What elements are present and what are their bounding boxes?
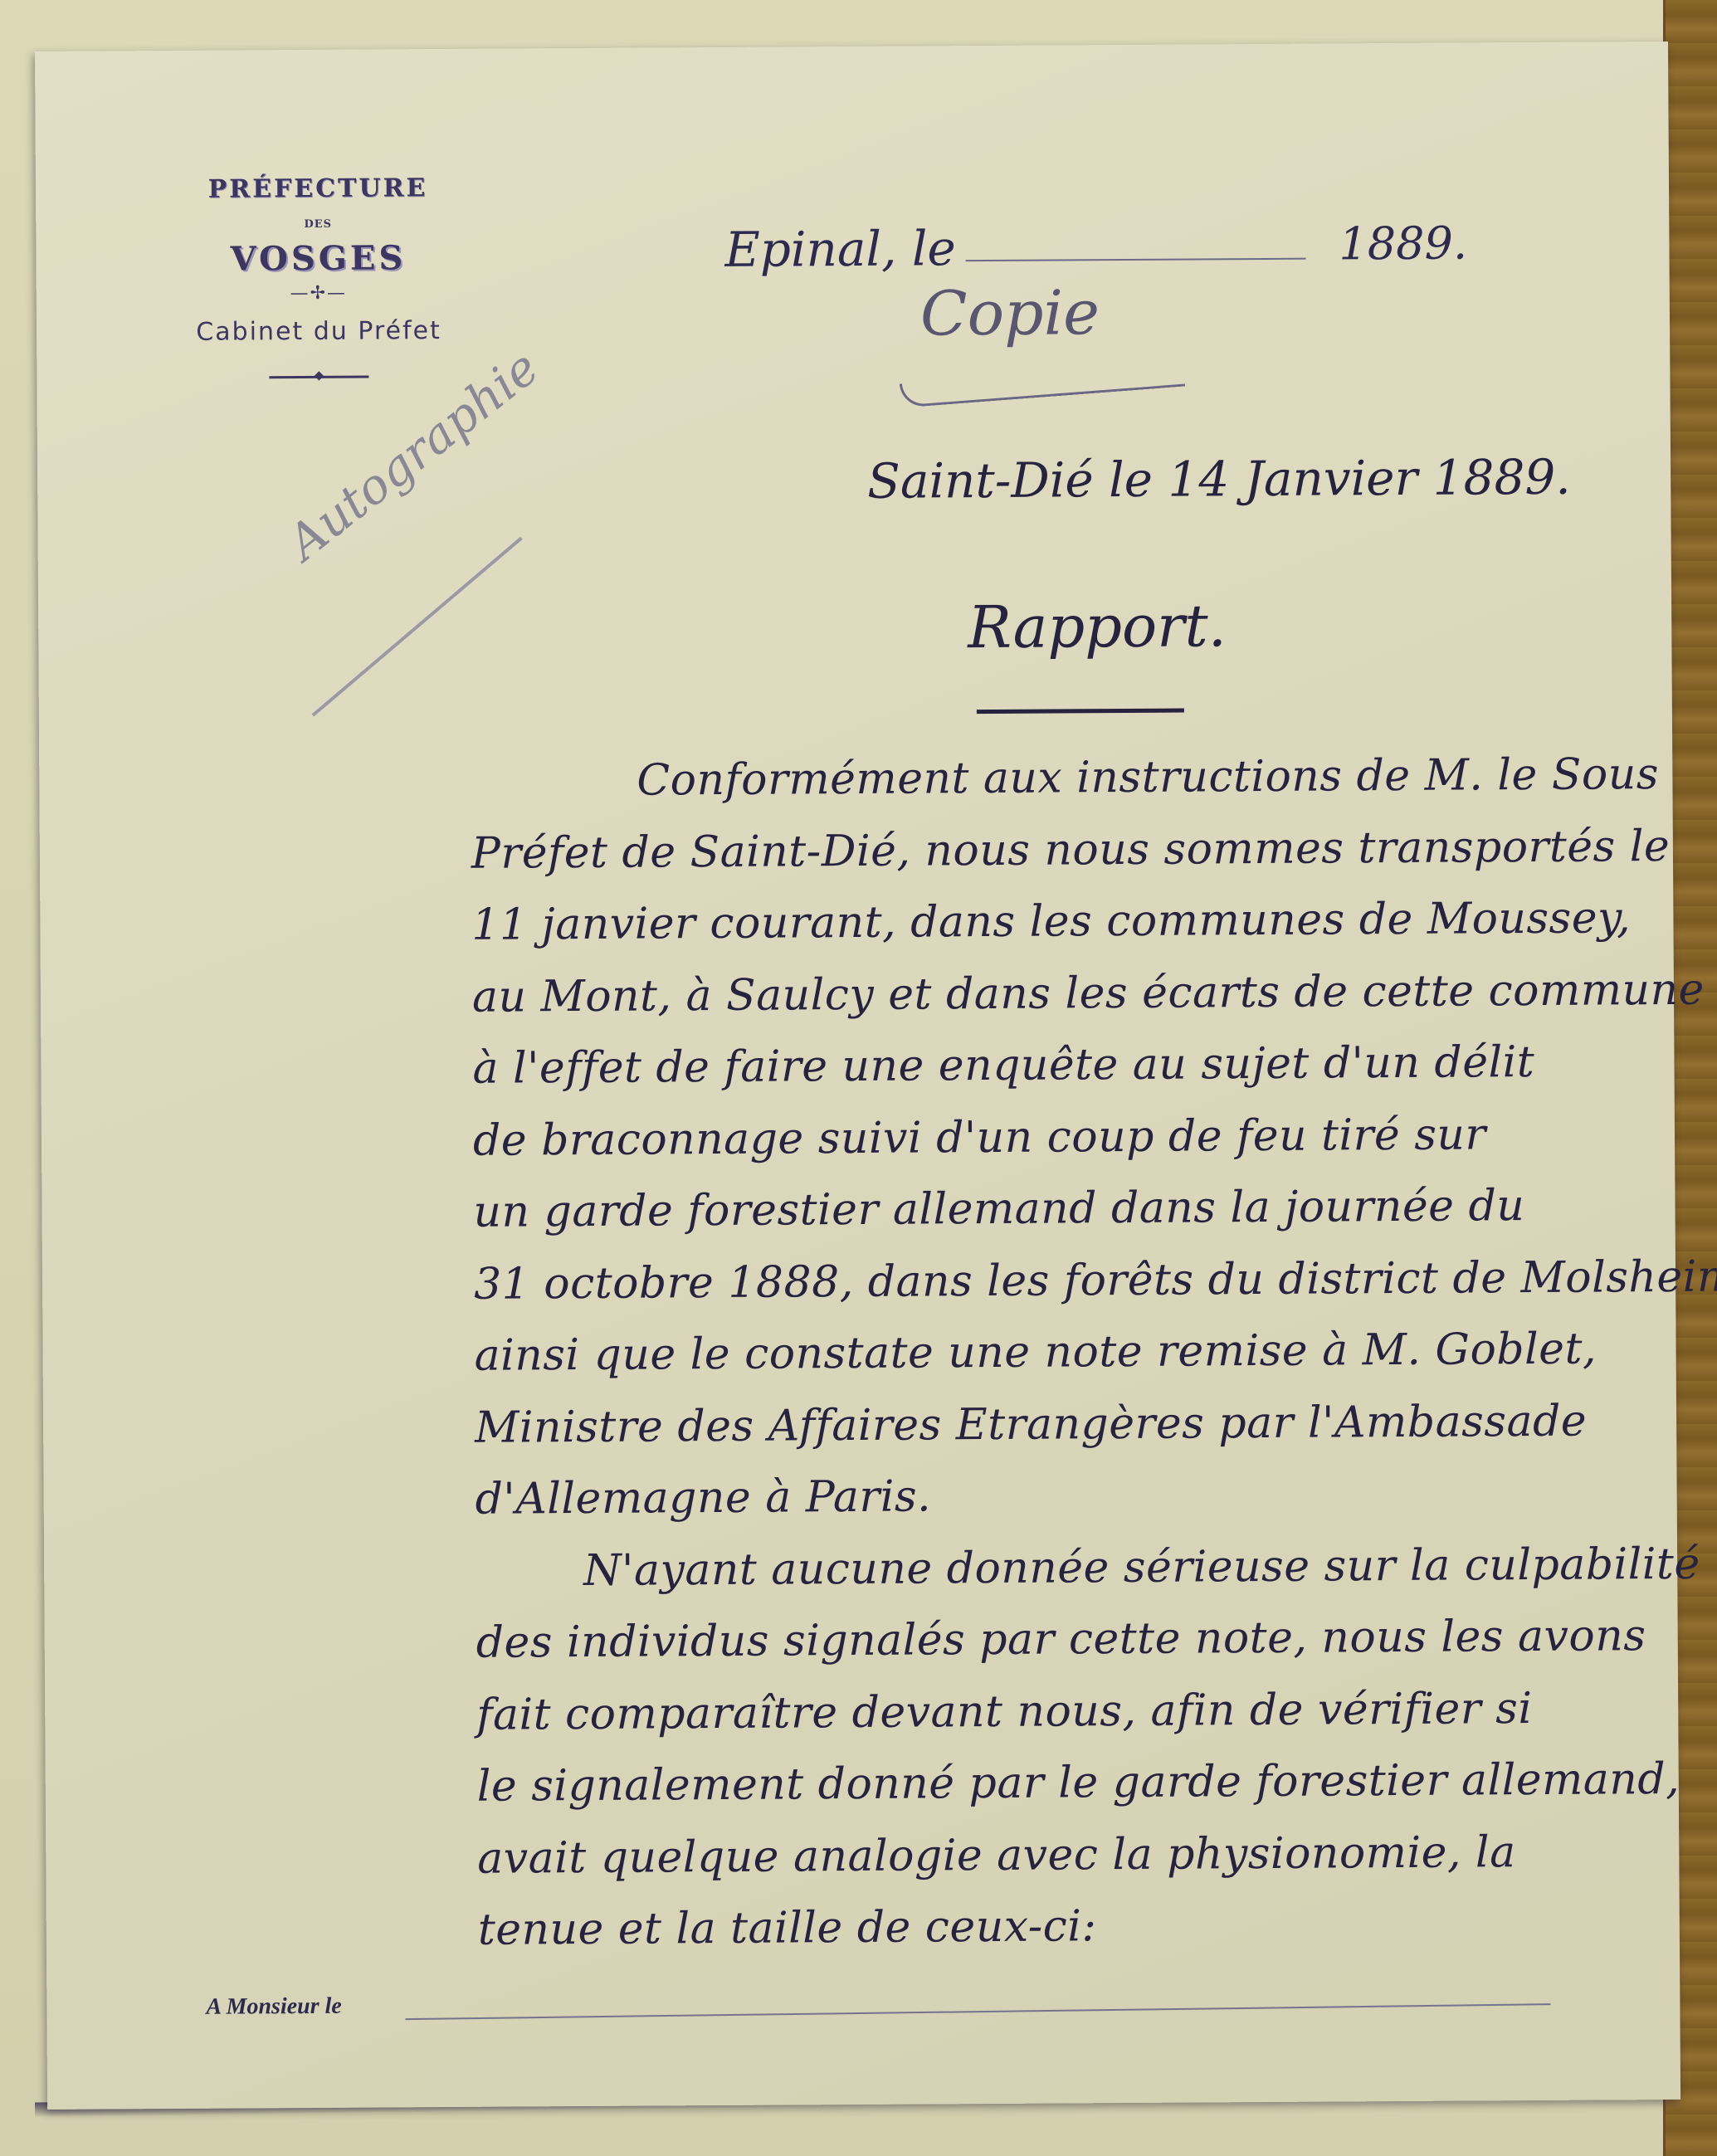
body-line: un garde forestier allemand dans la jour… xyxy=(473,1169,1669,1248)
letter-page: PRÉFECTURE DES VOSGES —✢— Cabinet du Pré… xyxy=(35,41,1680,2110)
copie-mark: Copie xyxy=(920,277,1100,349)
place-label: Epinal, le xyxy=(724,220,956,278)
addressee-label: A Monsieur le xyxy=(206,1993,342,2021)
letterhead-des: DES xyxy=(160,217,476,232)
body-line: Préfet de Saint-Dié, nous nous sommes tr… xyxy=(471,811,1667,890)
body-line: à l'effet de faire une enquête au sujet … xyxy=(472,1026,1668,1105)
letterhead-cabinet: Cabinet du Préfet xyxy=(161,316,476,347)
body-line: Ministre des Affaires Etrangères par l'A… xyxy=(475,1384,1671,1463)
date-blank-line xyxy=(966,258,1306,262)
body-line: des individus signalés par cette note, n… xyxy=(476,1600,1671,1679)
body-line: 31 octobre 1888, dans les forêts du dist… xyxy=(474,1241,1670,1320)
report-body: Conformément aux instructions de M. le S… xyxy=(471,739,1673,1966)
body-line: tenue et la taille de ceux-ci: xyxy=(478,1887,1674,1966)
printed-year: 1889. xyxy=(1339,217,1467,270)
body-line: d'Allemagne à Paris. xyxy=(475,1456,1671,1535)
letterhead-divider xyxy=(269,376,368,379)
letterhead-vosges: VOSGES xyxy=(160,238,476,279)
copie-flourish xyxy=(900,363,1185,408)
body-line: au Mont, à Saulcy et dans les écarts de … xyxy=(472,954,1668,1033)
letterhead-prefecture: PRÉFECTURE xyxy=(160,173,476,204)
body-line: N'ayant aucune donnée sérieuse sur la cu… xyxy=(476,1528,1671,1607)
letterhead: PRÉFECTURE DES VOSGES —✢— Cabinet du Pré… xyxy=(160,173,476,379)
body-line: ainsi que le constate une note remise à … xyxy=(474,1313,1670,1392)
body-line: Conformément aux instructions de M. le S… xyxy=(471,739,1666,817)
body-line: fait comparaître devant nous, afin de vé… xyxy=(476,1671,1672,1750)
body-line: de braconnage suivi d'un coup de feu tir… xyxy=(473,1098,1669,1177)
addressee-blank-line xyxy=(405,2003,1550,2020)
report-title: Rapport. xyxy=(968,592,1227,661)
addressee-line: A Monsieur le xyxy=(206,1986,1583,2036)
report-dateline: Saint-Dié le 14 Janvier 1889. xyxy=(867,449,1571,510)
pencil-underline xyxy=(312,537,523,717)
title-underline xyxy=(977,709,1184,715)
body-line: le signalement donné par le garde forest… xyxy=(477,1744,1673,1822)
body-line: avait quelque analogie avec la physionom… xyxy=(477,1815,1673,1894)
body-line: 11 janvier courant, dans les communes de… xyxy=(471,882,1667,961)
ornament-icon: —✢— xyxy=(161,282,476,305)
